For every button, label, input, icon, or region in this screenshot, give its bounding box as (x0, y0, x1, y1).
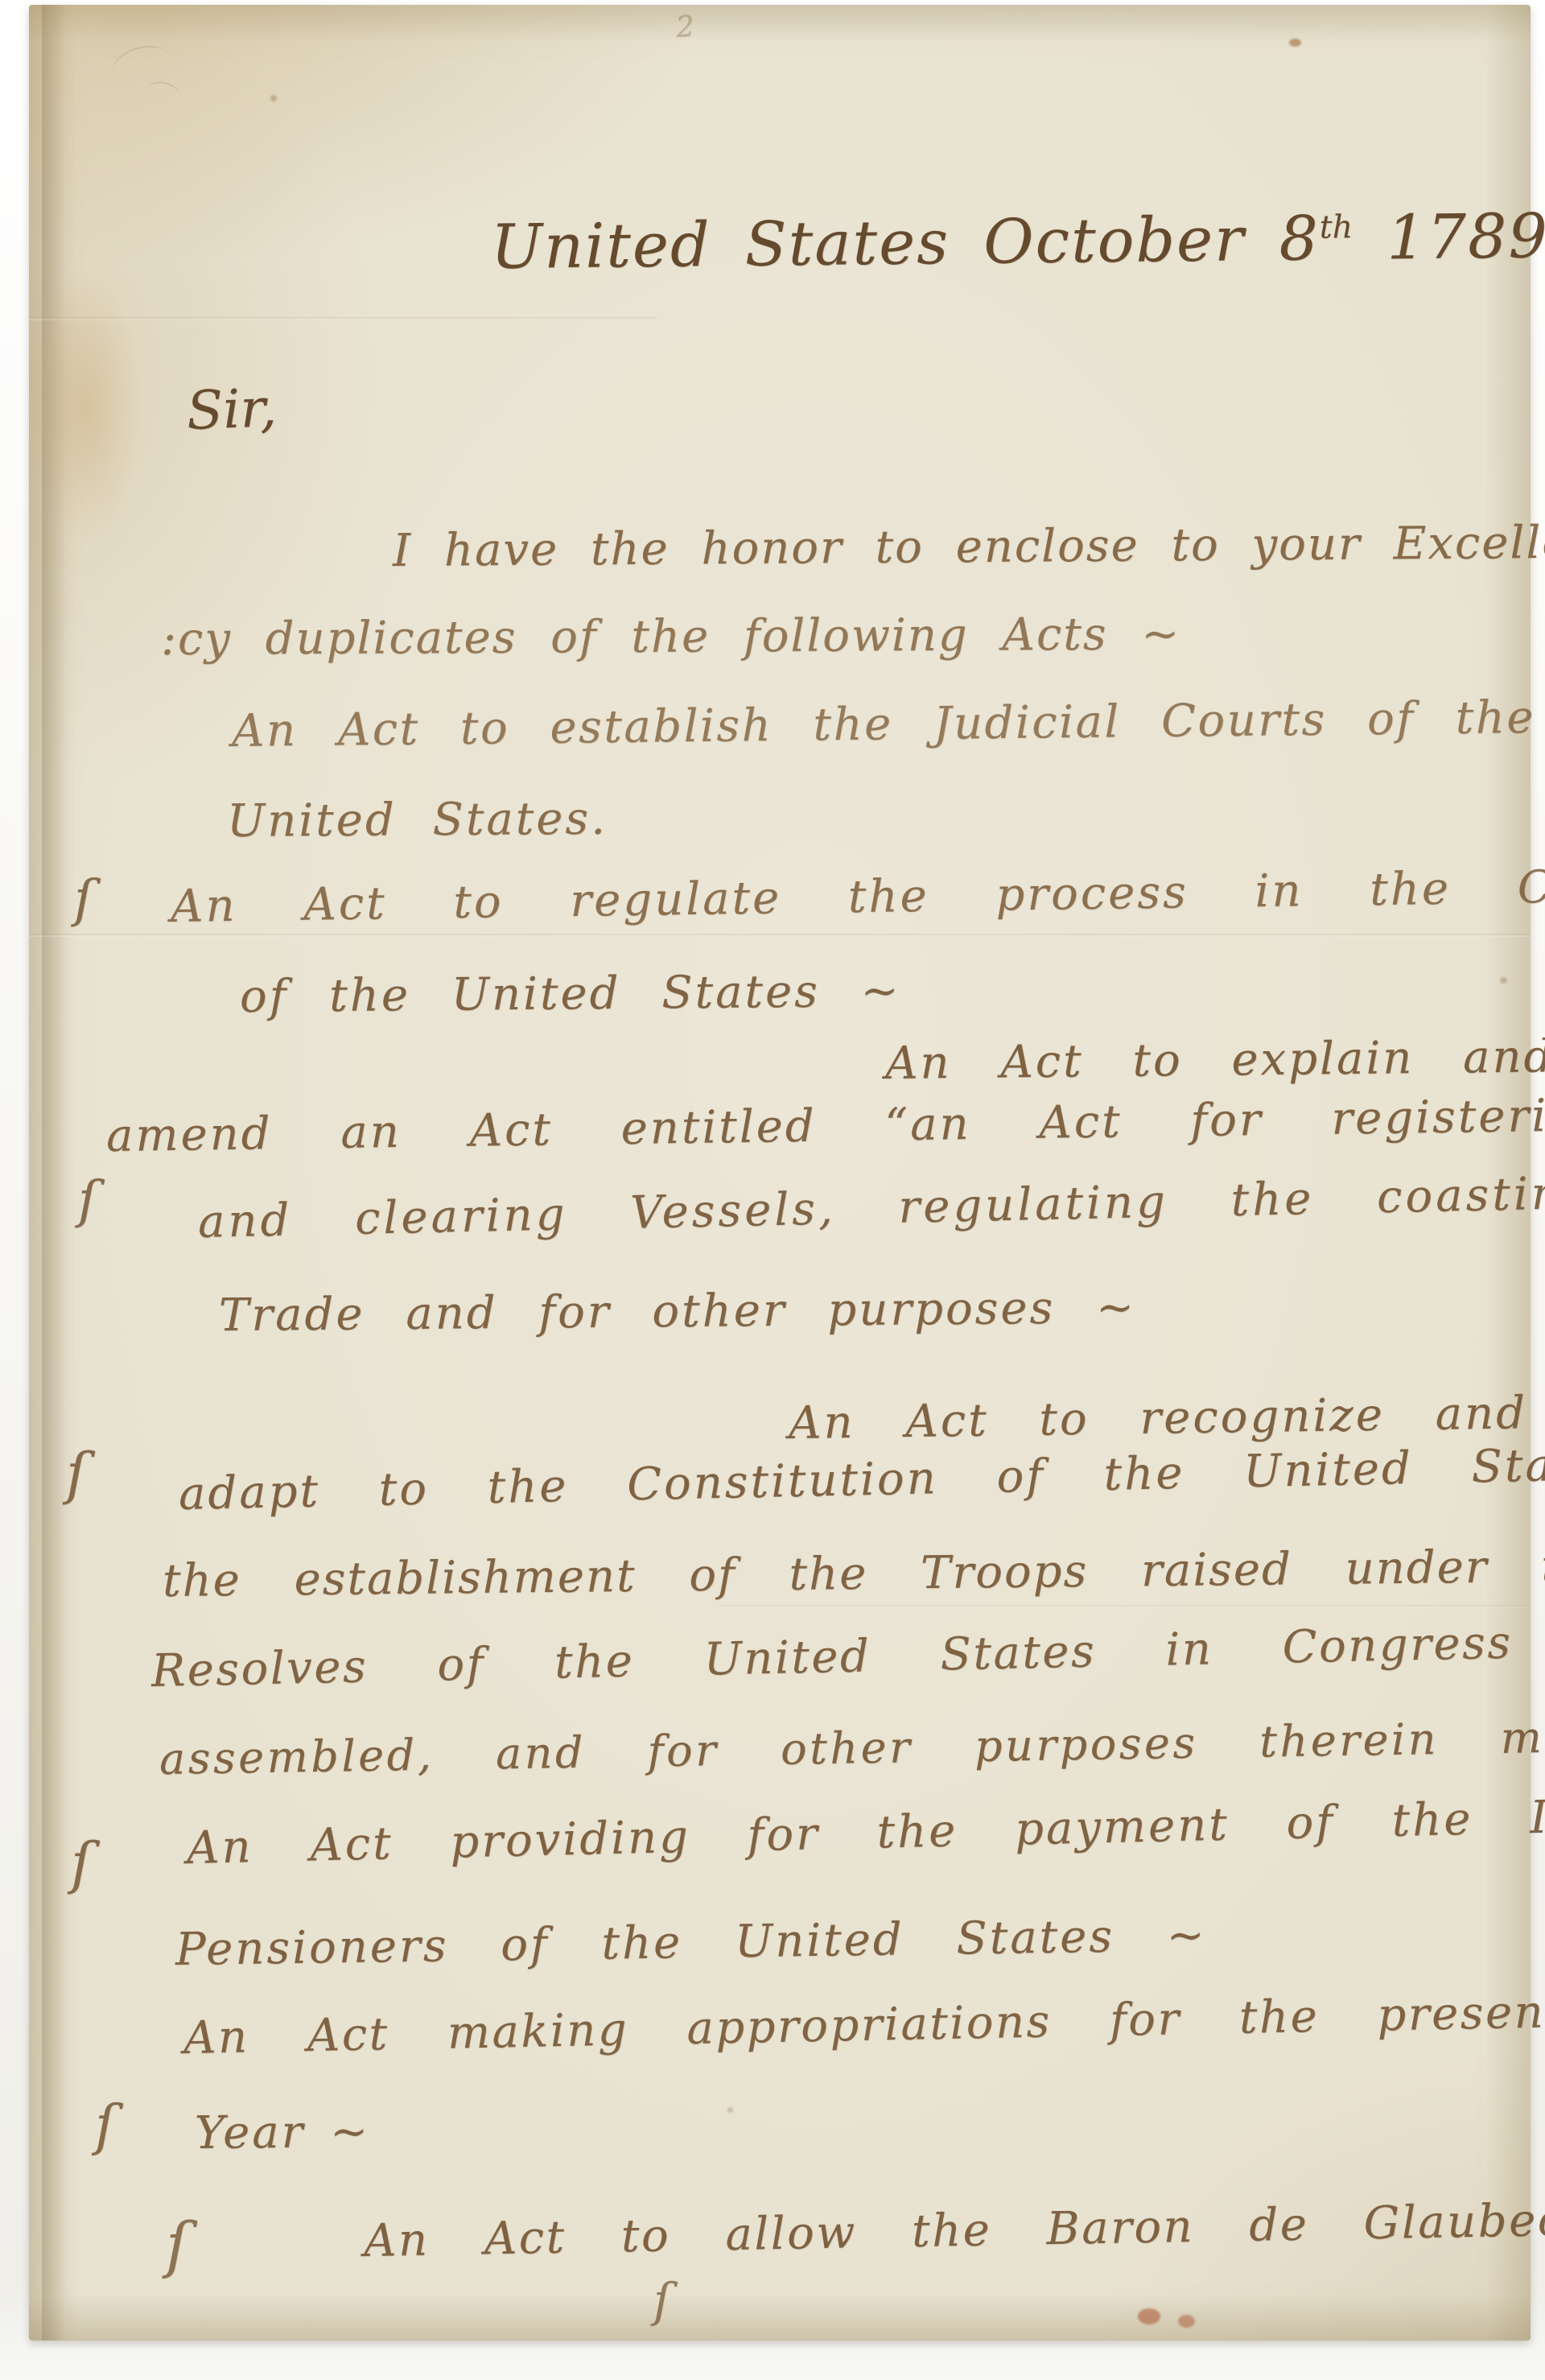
letter-line: Resolves of the United States in Congres… (150, 1617, 1513, 1697)
letter-line: Pensioners of the United States ~ (175, 1909, 1208, 1976)
dateline-text: United States October 8 (491, 202, 1320, 283)
pencil-smudge (109, 39, 177, 93)
scan-background: 2 United States October 8th 1789 — Sir, … (0, 0, 1545, 2380)
letter-line: An Act providing for the payment of the … (186, 1788, 1545, 1875)
section-mark: ſ (71, 1830, 92, 1896)
paper-crease (29, 934, 1531, 937)
foxing-spot (727, 2107, 733, 2113)
letter-line: United States. (227, 793, 608, 848)
foxing-spot (270, 95, 277, 101)
scanned-letter-screenshot: 2 United States October 8th 1789 — Sir, … (0, 0, 1545, 2380)
letter-dateline: United States October 8th 1789 — (491, 199, 1545, 283)
letter-line: assembled, and for other purposes therei… (159, 1709, 1545, 1784)
section-mark: ſ (166, 2209, 188, 2280)
letter-line: and clearing Vessels, regulating the coa… (197, 1167, 1545, 1248)
dateline-year: 1789 — (1353, 199, 1545, 274)
pencil-smudge (145, 80, 182, 108)
letter-line: An Act to regulate the process in the Co… (171, 860, 1545, 933)
section-mark: ſ (74, 869, 93, 929)
letter-line: An Act making appropriations for the pre… (183, 1986, 1545, 2064)
letter-line: Trade and for other purposes ~ (219, 1281, 1137, 1342)
section-mark: ſ (78, 1170, 97, 1230)
section-mark: ſ (653, 2273, 670, 2328)
left-fold-shadow (42, 5, 66, 2341)
letter-line: adapt to the Constitution of the United … (178, 1437, 1545, 1520)
letter-line: the establishment of the Troops raised u… (163, 1540, 1545, 1607)
letter-line: An Act to explain and (885, 1030, 1545, 1090)
letter-line: An Act to recognize and (789, 1387, 1528, 1450)
paper-crease (719, 1605, 1531, 1608)
foxing-spot (1500, 977, 1507, 984)
letter-line: An Act to allow the Baron de Glaubeck (363, 2193, 1545, 2267)
foxing-spot (1178, 2315, 1195, 2328)
foxing-spot (1138, 2308, 1160, 2324)
salutation: Sir, (186, 377, 278, 442)
foxing-spot (1289, 39, 1301, 47)
letter-line: An Act to establish the Judicial Courts … (232, 691, 1536, 757)
letter-page: 2 United States October 8th 1789 — Sir, … (29, 5, 1531, 2341)
letter-line: I have the honor to enclose to your Exce… (393, 517, 1545, 577)
page-number: 2 (675, 10, 696, 43)
letter-line: of the United States ~ (240, 965, 901, 1023)
letter-line: :cy duplicates of the following Acts ~ (161, 608, 1181, 666)
letter-line: Year ~ (195, 2106, 371, 2159)
section-mark: ſ (95, 2094, 115, 2158)
letter-line: amend an Act entitled “an Act for regist… (106, 1089, 1545, 1162)
section-mark: ſ (66, 1441, 87, 1507)
paper-crease (29, 317, 657, 320)
dateline-superscript: th (1319, 208, 1353, 245)
